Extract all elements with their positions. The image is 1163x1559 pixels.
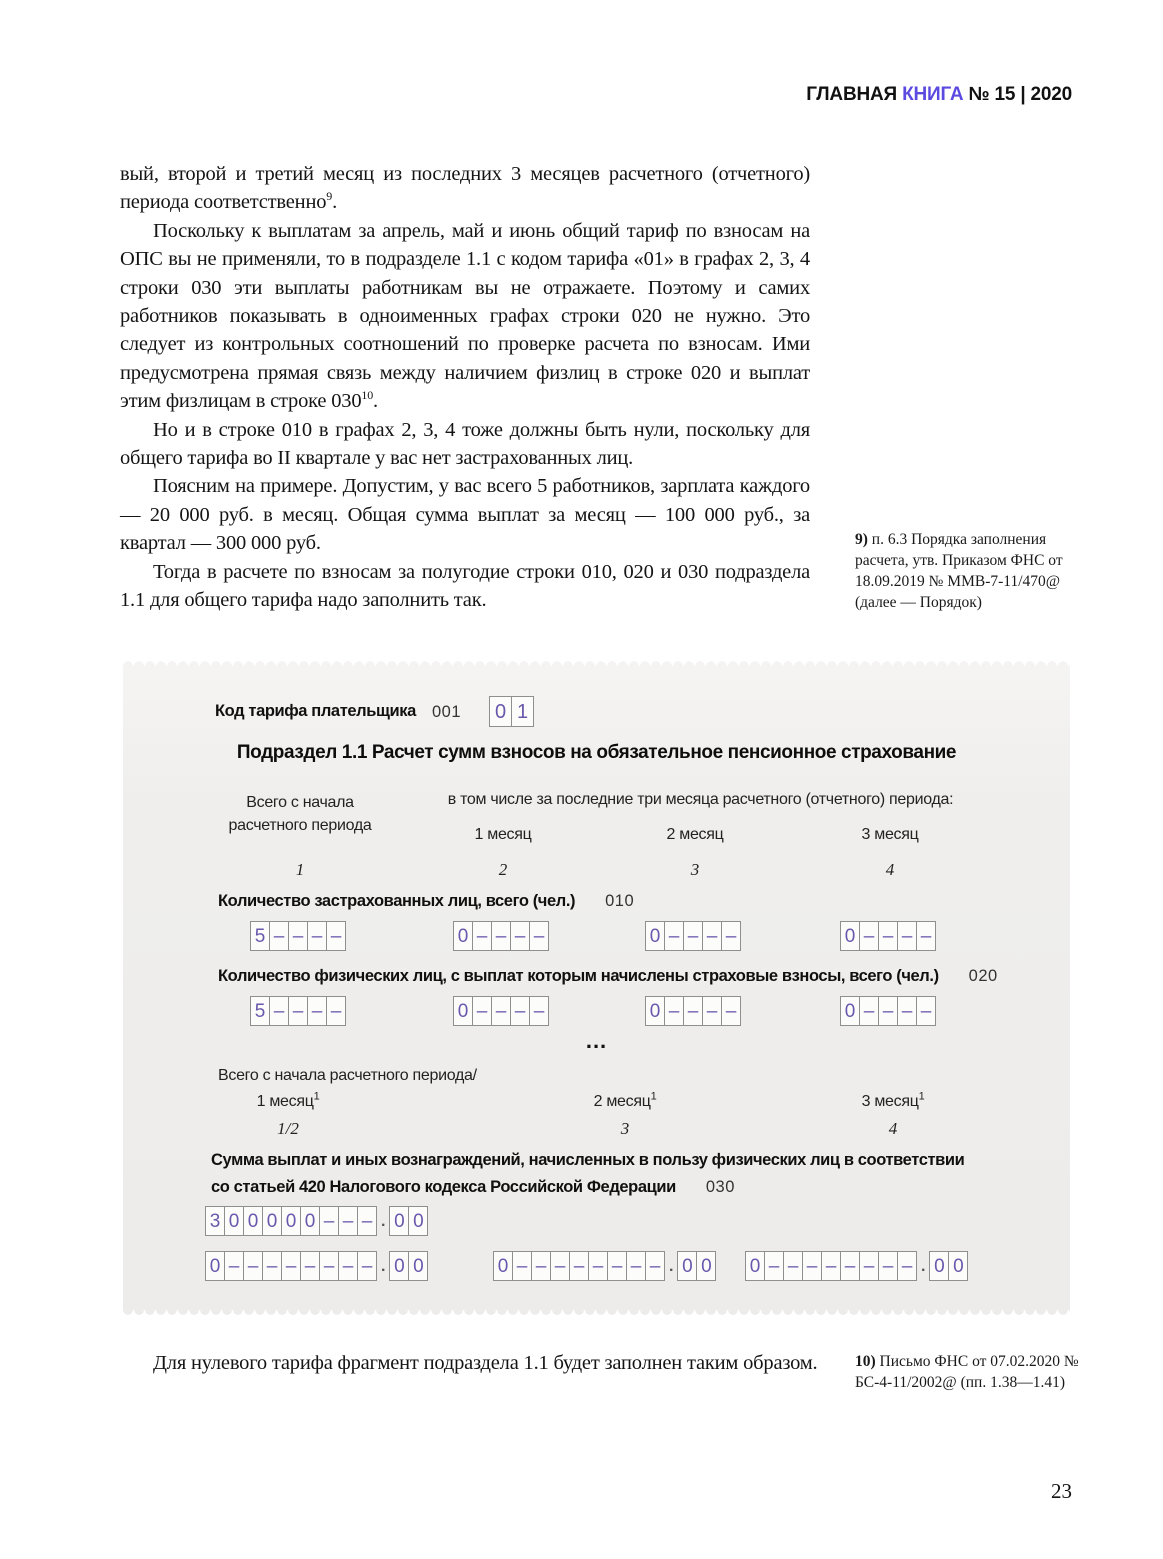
paragraph-tail: . xyxy=(332,191,337,213)
section2-total-label: Всего с начала расчетного периода/ xyxy=(218,1067,477,1085)
row-020-label: Количество физических лиц, с выплат кото… xyxy=(218,967,939,985)
amount-int-cells: 0–––––––– xyxy=(493,1251,665,1281)
section2-column-number-3: 4 xyxy=(863,1119,923,1139)
tariff-label: Код тарифа плательщика xyxy=(215,702,416,721)
footnote-number: 9) xyxy=(855,531,868,548)
brand-accent: КНИГА xyxy=(902,84,963,105)
column-number-2: 2 xyxy=(473,860,533,880)
row-010-code: 010 xyxy=(605,892,634,910)
row-010-label: Количество застрахованных лиц, всего (че… xyxy=(218,892,575,910)
column-number-3: 3 xyxy=(665,860,725,880)
footnote-ref-10: 10 xyxy=(361,388,373,402)
footnote-number: 10) xyxy=(855,1353,876,1370)
digit-group-020-total: 5–––– xyxy=(250,996,346,1026)
form-panel: Код тарифа плательщика 001 01 Подраздел … xyxy=(123,666,1070,1310)
paragraph: Поскольку к выплатам за апрель, май и ию… xyxy=(120,217,810,416)
section2-month-header-2: 2 месяц1 xyxy=(560,1093,690,1111)
footnote-10: 10) Письмо ФНС от 07.02.2020 № БС-4-11/2… xyxy=(855,1351,1085,1393)
amount-frac-cells: 00 xyxy=(929,1251,968,1281)
section2-month-header-1: 1 месяц1 xyxy=(223,1093,353,1111)
amount-group-m1: 0–––––––– . 00 xyxy=(205,1251,428,1281)
decimal-point: . xyxy=(921,1253,925,1281)
page-header: ГЛАВНАЯ КНИГА № 15 | 2020 xyxy=(520,84,1072,106)
month-header-2: 2 месяц xyxy=(635,826,755,844)
month-footnote-mark: 1 xyxy=(651,1091,657,1103)
ellipsis: ... xyxy=(123,1028,1070,1054)
closing-text: Для нулевого тарифа фрагмент подраздела … xyxy=(120,1349,820,1377)
paragraph: Тогда в расчете по взносам за полугодие … xyxy=(120,558,810,615)
page-number: 23 xyxy=(990,1479,1072,1504)
month-label: 3 месяц xyxy=(862,1093,919,1110)
paragraph-text: Поясним на примере. Допустим, у вас всег… xyxy=(120,475,810,554)
torn-edge-bottom xyxy=(123,1310,1070,1318)
amount-group-m3: 0–––––––– . 00 xyxy=(745,1251,968,1281)
tariff-field-code: 001 xyxy=(432,703,461,722)
column-header-span: в том числе за последние три месяца расч… xyxy=(423,791,978,809)
decimal-point: . xyxy=(381,1208,385,1236)
row-020-code: 020 xyxy=(969,967,998,985)
decimal-point: . xyxy=(381,1253,385,1281)
row-030-label-line1: Сумма выплат и иных вознаграждений, начи… xyxy=(211,1147,964,1174)
article-text: вый, второй и третий месяц из последних … xyxy=(120,160,810,615)
paragraph-text: Для нулевого тарифа фрагмент подраздела … xyxy=(153,1352,817,1374)
digit-group-010-m3: 0–––– xyxy=(840,921,936,951)
amount-group-m2: 0–––––––– . 00 xyxy=(493,1251,716,1281)
digit-group-010-total: 5–––– xyxy=(250,921,346,951)
month-header-1: 1 месяц xyxy=(443,826,563,844)
month-footnote-mark: 1 xyxy=(314,1091,320,1103)
paragraph-text: вый, второй и третий месяц из последних … xyxy=(120,163,810,213)
paragraph: Но и в строке 010 в графах 2, 3, 4 тоже … xyxy=(120,416,810,473)
paragraph: Поясним на примере. Допустим, у вас всег… xyxy=(120,472,810,557)
section2-column-number-2: 3 xyxy=(595,1119,655,1139)
paragraph: Для нулевого тарифа фрагмент подраздела … xyxy=(120,1349,820,1377)
torn-edge-top xyxy=(123,658,1070,666)
paragraph-text: Но и в строке 010 в графах 2, 3, 4 тоже … xyxy=(120,419,810,469)
footnote-text: п. 6.3 Порядка заполнения расчета, утв. … xyxy=(855,531,1063,611)
decimal-point: . xyxy=(669,1253,673,1281)
month-footnote-mark: 1 xyxy=(919,1091,925,1103)
column-header-total: Всего с начала расчетного периода xyxy=(220,791,380,837)
magazine-page: ГЛАВНАЯ КНИГА № 15 | 2020 вый, второй и … xyxy=(0,0,1163,1559)
amount-group-total: 300000––– . 00 xyxy=(205,1206,428,1236)
amount-int-cells: 0–––––––– xyxy=(205,1251,377,1281)
row-030-code: 030 xyxy=(706,1178,735,1196)
brand-black: ГЛАВНАЯ xyxy=(806,84,897,105)
amount-int-cells: 0–––––––– xyxy=(745,1251,917,1281)
digit-group-020-m1: 0–––– xyxy=(453,996,549,1026)
issue-number: № 15 | 2020 xyxy=(968,84,1072,105)
amount-frac-cells: 00 xyxy=(389,1206,428,1236)
section2-month-header-3: 3 месяц1 xyxy=(828,1093,958,1111)
row-030-label-line2: со статьей 420 Налогового кодекса Россий… xyxy=(211,1178,676,1196)
column-number-4: 4 xyxy=(860,860,920,880)
digit-group-010-m1: 0–––– xyxy=(453,921,549,951)
paragraph-tail: . xyxy=(373,390,378,412)
footnote-9: 9) п. 6.3 Порядка заполнения расчета, ут… xyxy=(855,529,1085,613)
section2-column-number-1: 1/2 xyxy=(258,1119,318,1139)
month-header-3: 3 месяц xyxy=(830,826,950,844)
amount-int-cells: 300000––– xyxy=(205,1206,377,1236)
paragraph: вый, второй и третий месяц из последних … xyxy=(120,160,810,217)
paragraph-text: Тогда в расчете по взносам за полугодие … xyxy=(120,561,810,611)
month-label: 1 месяц xyxy=(257,1093,314,1110)
column-number-1: 1 xyxy=(270,860,330,880)
digit-group-020-m2: 0–––– xyxy=(645,996,741,1026)
amount-frac-cells: 00 xyxy=(677,1251,716,1281)
tariff-digit-cells: 01 xyxy=(489,696,534,727)
footnote-text: Письмо ФНС от 07.02.2020 № БС-4-11/2002@… xyxy=(855,1353,1079,1391)
month-label: 2 месяц xyxy=(594,1093,651,1110)
digit-group-010-m2: 0–––– xyxy=(645,921,741,951)
form-title: Подраздел 1.1 Расчет сумм взносов на обя… xyxy=(123,742,1070,764)
digit-group-020-m3: 0–––– xyxy=(840,996,936,1026)
amount-frac-cells: 00 xyxy=(389,1251,428,1281)
paragraph-text: Поскольку к выплатам за апрель, май и ию… xyxy=(120,220,810,412)
